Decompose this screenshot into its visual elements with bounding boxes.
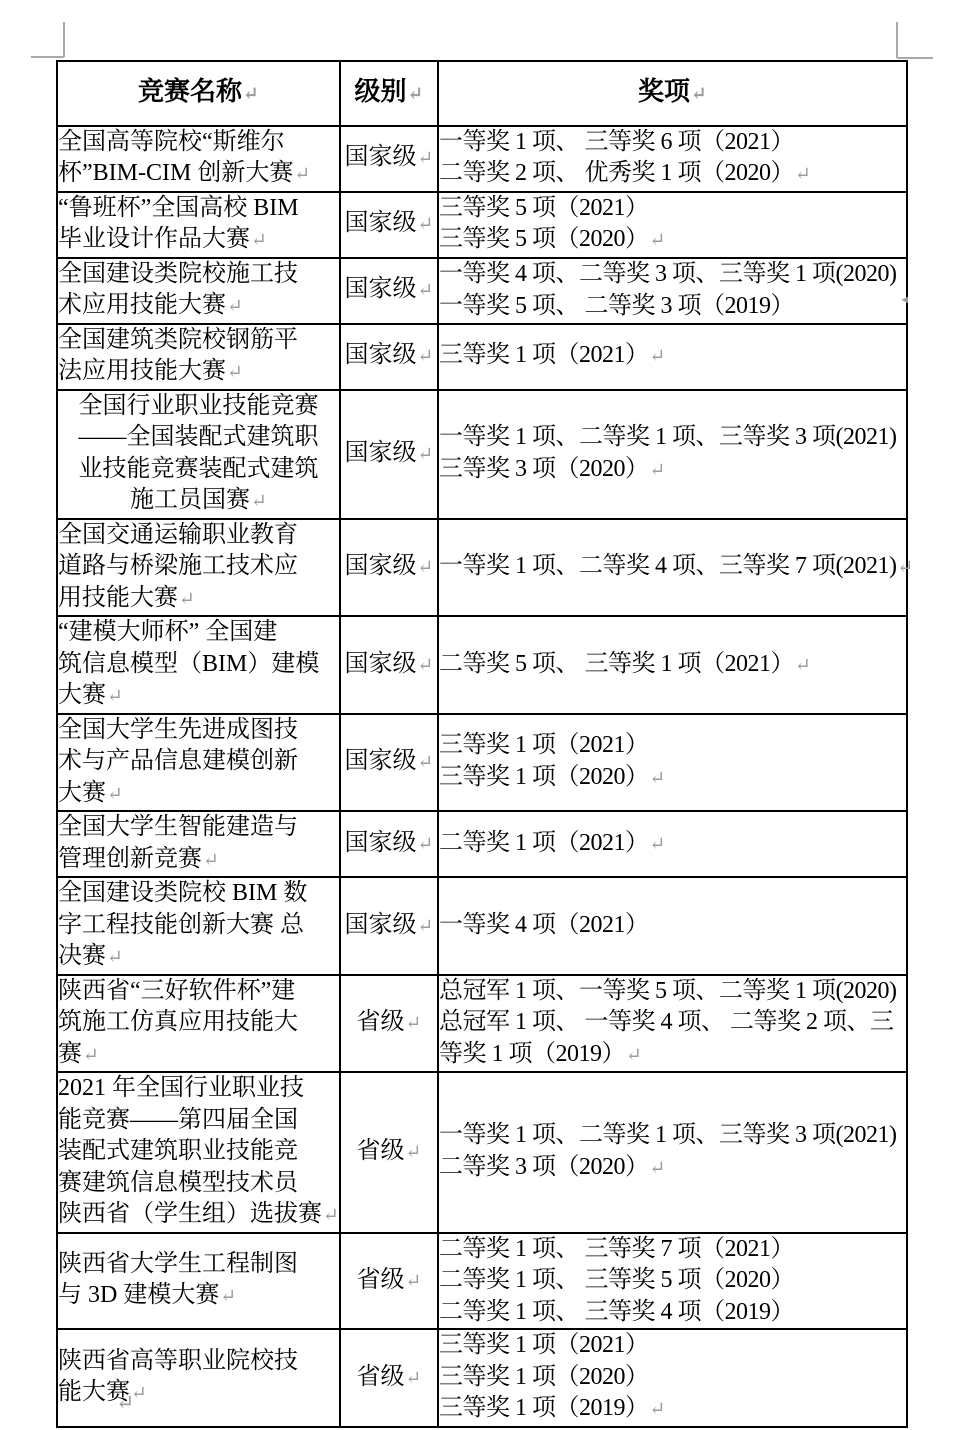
paragraph-mark: ↵ bbox=[794, 655, 811, 676]
text-line: 全国建设类院校 BIM 数 bbox=[58, 878, 339, 910]
text-line: 大赛↵ bbox=[58, 680, 339, 713]
level-cell: 国家级↵ bbox=[340, 258, 438, 324]
competition-name-cell: “建模大师杯” 全国建筑信息模型（BIM）建模大赛↵ bbox=[57, 616, 340, 714]
text-line: 一等奖 1 项、二等奖 4 项、三等奖 7 项(2021)↵ bbox=[439, 551, 906, 584]
text-line: 三等奖 5 项（2020）↵ bbox=[439, 224, 906, 257]
awards-cell: 三等奖 5 项（2021）三等奖 5 项（2020）↵ bbox=[438, 192, 907, 258]
header-cell: 奖项↵ bbox=[438, 61, 907, 126]
text-line: 全国大学生智能建造与 bbox=[58, 812, 339, 844]
table-row: 全国交通运输职业教育道路与桥梁施工技术应用技能大赛↵国家级↵一等奖 1 项、二等… bbox=[57, 519, 907, 617]
text-line: 等奖 1 项（2019）↵ bbox=[439, 1039, 906, 1072]
level-cell: 国家级↵ bbox=[340, 616, 438, 714]
text-line: 筑施工仿真应用技能大 bbox=[58, 1007, 339, 1039]
paragraph-mark: ↵ bbox=[226, 362, 243, 383]
text-line: 省级↵ bbox=[341, 1007, 437, 1040]
level-cell: 国家级↵ bbox=[340, 324, 438, 390]
text-line: 国家级↵ bbox=[341, 142, 437, 175]
text-line: 筑信息模型（BIM）建模 bbox=[58, 649, 339, 681]
text-line: 三等奖 1 项（2020） bbox=[439, 1362, 906, 1394]
header-cell: 竞赛名称↵ bbox=[57, 61, 340, 126]
paragraph-mark: ↵ bbox=[405, 1142, 422, 1163]
text-line: 大赛↵ bbox=[58, 778, 339, 811]
text-line: 一等奖 1 项、二等奖 1 项、三等奖 3 项(2021) bbox=[439, 1120, 906, 1152]
awards-cell: 一等奖 4 项（2021） bbox=[438, 877, 907, 975]
text-line: 竞赛名称↵ bbox=[58, 76, 339, 111]
awards-cell: 一等奖 1 项、二等奖 1 项、三等奖 3 项(2021)二等奖 3 项（202… bbox=[438, 1072, 907, 1233]
paragraph-mark: ↵ bbox=[417, 557, 434, 578]
text-line: 与 3D 建模大赛↵ bbox=[58, 1280, 339, 1313]
text-line: 国家级↵ bbox=[341, 438, 437, 471]
paragraph-mark: ↵ bbox=[896, 557, 913, 578]
text-line: 三等奖 1 项（2021）↵ bbox=[439, 340, 906, 373]
text-line: 国家级↵ bbox=[341, 746, 437, 779]
text-line: 二等奖 3 项（2020）↵ bbox=[439, 1152, 906, 1185]
competition-name-cell: 全国建筑类院校钢筋平法应用技能大赛↵ bbox=[57, 324, 340, 390]
awards-cell: 总冠军 1 项、一等奖 5 项、二等奖 1 项(2020)总冠军 1 项、 一等… bbox=[438, 975, 907, 1073]
text-line: 业技能竞赛装配式建筑 bbox=[58, 454, 339, 486]
paragraph-mark: ↵ bbox=[649, 1158, 666, 1179]
awards-cell: 二等奖 1 项、 三等奖 7 项（2021）二等奖 1 项、 三等奖 5 项（2… bbox=[438, 1233, 907, 1330]
text-line: 赛↵ bbox=[58, 1039, 339, 1072]
text-line: 一等奖 5 项、 二等奖 3 项（2019）◄ bbox=[439, 291, 906, 323]
paragraph-mark: ↵ bbox=[417, 752, 434, 773]
text-line: 二等奖 1 项、 三等奖 5 项（2020） bbox=[439, 1265, 906, 1297]
paragraph-mark: ↵ bbox=[250, 230, 267, 251]
text-line: 省级↵ bbox=[341, 1362, 437, 1395]
text-line: 三等奖 1 项（2021） bbox=[439, 1330, 906, 1362]
table-row: “建模大师杯” 全国建筑信息模型（BIM）建模大赛↵国家级↵二等奖 5 项、 三… bbox=[57, 616, 907, 714]
text-line: 三等奖 1 项（2020）↵ bbox=[439, 762, 906, 795]
crop-mark-top-left-horizontal bbox=[31, 56, 64, 58]
text-line: 国家级↵ bbox=[341, 910, 437, 943]
text-line: 二等奖 1 项（2021）↵ bbox=[439, 828, 906, 861]
text-line: 省级↵ bbox=[341, 1265, 437, 1298]
paragraph-mark: ↵ bbox=[202, 850, 219, 871]
text-line: 奖项↵ bbox=[439, 76, 906, 111]
level-cell: 国家级↵ bbox=[340, 877, 438, 975]
paragraph-mark: ↵ bbox=[405, 1368, 422, 1389]
awards-table: 竞赛名称↵级别↵奖项↵ 全国高等院校“斯维尔杯”BIM-CIM 创新大赛↵国家级… bbox=[56, 60, 908, 1428]
text-line: 全国大学生先进成图技 bbox=[58, 715, 339, 747]
level-cell: 国家级↵ bbox=[340, 192, 438, 258]
competition-name-cell: 2021 年全国行业职业技能竞赛——第四届全国装配式建筑职业技能竞赛建筑信息模型… bbox=[57, 1072, 340, 1233]
text-line: 二等奖 1 项、 三等奖 4 项（2019） bbox=[439, 1297, 906, 1329]
paragraph-mark: ↵ bbox=[649, 346, 666, 367]
text-line: 一等奖 4 项（2021） bbox=[439, 910, 906, 942]
text-line: 三等奖 1 项（2021） bbox=[439, 730, 906, 762]
paragraph-mark: ↵ bbox=[417, 280, 434, 301]
awards-cell: 二等奖 5 项、 三等奖 1 项（2021）↵ bbox=[438, 616, 907, 714]
paragraph-mark: ↵ bbox=[322, 1205, 339, 1226]
paragraph-mark: ↵ bbox=[794, 164, 811, 185]
paragraph-mark: ↵ bbox=[116, 1392, 134, 1414]
text-line: 一等奖 4 项、二等奖 3 项、三等奖 1 项(2020) bbox=[439, 259, 906, 291]
paragraph-mark: ↵ bbox=[407, 84, 424, 105]
level-cell: 国家级↵ bbox=[340, 811, 438, 877]
awards-cell: 一等奖 4 项、二等奖 3 项、三等奖 1 项(2020)一等奖 5 项、 二等… bbox=[438, 258, 907, 324]
text-line: 三等奖 1 项（2019）↵ bbox=[439, 1393, 906, 1426]
text-line: 施工员国赛↵ bbox=[58, 485, 339, 518]
crop-mark-top-left-vertical bbox=[63, 22, 65, 57]
text-line: 赛建筑信息模型技术员 bbox=[58, 1168, 339, 1200]
text-line: 国家级↵ bbox=[341, 551, 437, 584]
competition-name-cell: 全国大学生先进成图技术与产品信息建模创新大赛↵ bbox=[57, 714, 340, 812]
competition-name-cell: 陕西省大学生工程制图与 3D 建模大赛↵ bbox=[57, 1233, 340, 1330]
text-line: 全国建设类院校施工技 bbox=[58, 259, 339, 291]
text-line: 能竞赛——第四届全国 bbox=[58, 1105, 339, 1137]
competition-name-cell: 陕西省高等职业院校技能大赛↵ bbox=[57, 1329, 340, 1427]
text-line: 2021 年全国行业职业技 bbox=[58, 1073, 339, 1105]
level-cell: 国家级↵ bbox=[340, 390, 438, 519]
text-line: 全国交通运输职业教育 bbox=[58, 520, 339, 552]
paragraph-mark: ↵ bbox=[178, 589, 195, 610]
text-line: 用技能大赛↵ bbox=[58, 583, 339, 616]
table-row: 全国大学生智能建造与管理创新竞赛↵国家级↵二等奖 1 项（2021）↵ bbox=[57, 811, 907, 877]
table-row: “鲁班杯”全国高校 BIM毕业设计作品大赛↵国家级↵三等奖 5 项（2021）三… bbox=[57, 192, 907, 258]
paragraph-mark: ↵ bbox=[417, 148, 434, 169]
text-line: 级别↵ bbox=[341, 76, 437, 111]
text-line: 杯”BIM-CIM 创新大赛↵ bbox=[58, 158, 339, 191]
level-cell: 省级↵ bbox=[340, 975, 438, 1073]
text-line: 国家级↵ bbox=[341, 828, 437, 861]
paragraph-mark: ↵ bbox=[649, 768, 666, 789]
text-line: 决赛↵ bbox=[58, 941, 339, 974]
text-line: 术与产品信息建模创新 bbox=[58, 746, 339, 778]
paragraph-mark: ↵ bbox=[417, 834, 434, 855]
document-page: 竞赛名称↵级别↵奖项↵ 全国高等院校“斯维尔杯”BIM-CIM 创新大赛↵国家级… bbox=[0, 0, 968, 1430]
table-row: 陕西省高等职业院校技能大赛↵省级↵三等奖 1 项（2021）三等奖 1 项（20… bbox=[57, 1329, 907, 1427]
text-line: 三等奖 3 项（2020）↵ bbox=[439, 454, 906, 487]
paragraph-mark: ↵ bbox=[625, 1045, 642, 1066]
awards-cell: 三等奖 1 项（2021）三等奖 1 项（2020）三等奖 1 项（2019）↵ bbox=[438, 1329, 907, 1427]
paragraph-mark: ↵ bbox=[649, 834, 666, 855]
level-cell: 省级↵ bbox=[340, 1329, 438, 1427]
text-line: 总冠军 1 项、一等奖 5 项、二等奖 1 项(2020) bbox=[439, 976, 906, 1008]
table-row: 全国建设类院校施工技术应用技能大赛↵国家级↵一等奖 4 项、二等奖 3 项、三等… bbox=[57, 258, 907, 324]
table-row: 陕西省大学生工程制图与 3D 建模大赛↵省级↵二等奖 1 项、 三等奖 7 项（… bbox=[57, 1233, 907, 1330]
competition-name-cell: 全国大学生智能建造与管理创新竞赛↵ bbox=[57, 811, 340, 877]
competition-name-cell: “鲁班杯”全国高校 BIM毕业设计作品大赛↵ bbox=[57, 192, 340, 258]
level-cell: 省级↵ bbox=[340, 1233, 438, 1330]
competition-name-cell: 全国交通运输职业教育道路与桥梁施工技术应用技能大赛↵ bbox=[57, 519, 340, 617]
text-line: 全国行业职业技能竞赛 bbox=[58, 391, 339, 423]
competition-name-cell: 陕西省“三好软件杯”建筑施工仿真应用技能大赛↵ bbox=[57, 975, 340, 1073]
awards-cell: 一等奖 1 项、二等奖 4 项、三等奖 7 项(2021)↵ bbox=[438, 519, 907, 617]
paragraph-mark: ↵ bbox=[417, 655, 434, 676]
table-row: 2021 年全国行业职业技能竞赛——第四届全国装配式建筑职业技能竞赛建筑信息模型… bbox=[57, 1072, 907, 1233]
competition-name-cell: 全国行业职业技能竞赛——全国装配式建筑职业技能竞赛装配式建筑施工员国赛↵ bbox=[57, 390, 340, 519]
paragraph-mark: ↵ bbox=[250, 491, 267, 512]
text-line: 国家级↵ bbox=[341, 208, 437, 241]
competition-name-cell: 全国高等院校“斯维尔杯”BIM-CIM 创新大赛↵ bbox=[57, 126, 340, 192]
text-line: 省级↵ bbox=[341, 1136, 437, 1169]
text-line: 全国高等院校“斯维尔 bbox=[58, 127, 339, 159]
text-line: 二等奖 2 项、 优秀奖 1 项（2020）↵ bbox=[439, 158, 906, 191]
text-line: 陕西省高等职业院校技 bbox=[58, 1346, 339, 1378]
text-line: 能大赛↵ bbox=[58, 1377, 339, 1410]
table-row: 全国建筑类院校钢筋平法应用技能大赛↵国家级↵三等奖 1 项（2021）↵ bbox=[57, 324, 907, 390]
text-line: 三等奖 5 项（2021） bbox=[439, 193, 906, 225]
paragraph-mark: ↵ bbox=[649, 1399, 666, 1420]
text-line: 陕西省“三好软件杯”建 bbox=[58, 976, 339, 1008]
paragraph-mark: ↵ bbox=[106, 947, 123, 968]
table-row: 全国建设类院校 BIM 数字工程技能创新大赛 总决赛↵国家级↵一等奖 4 项（2… bbox=[57, 877, 907, 975]
table-row: 全国行业职业技能竞赛——全国装配式建筑职业技能竞赛装配式建筑施工员国赛↵国家级↵… bbox=[57, 390, 907, 519]
text-line: 管理创新竞赛↵ bbox=[58, 844, 339, 877]
text-line: “建模大师杯” 全国建 bbox=[58, 617, 339, 649]
table-row: 陕西省“三好软件杯”建筑施工仿真应用技能大赛↵省级↵总冠军 1 项、一等奖 5 … bbox=[57, 975, 907, 1073]
text-line: 陕西省（学生组）选拔赛↵ bbox=[58, 1199, 339, 1232]
competition-name-cell: 全国建设类院校施工技术应用技能大赛↵ bbox=[57, 258, 340, 324]
paragraph-mark: ↵ bbox=[82, 1045, 99, 1066]
paragraph-mark: ↵ bbox=[417, 214, 434, 235]
paragraph-mark: ↵ bbox=[293, 164, 310, 185]
text-line: 法应用技能大赛↵ bbox=[58, 356, 339, 389]
level-cell: 省级↵ bbox=[340, 1072, 438, 1233]
paragraph-mark: ↵ bbox=[405, 1271, 422, 1292]
text-line: 总冠军 1 项、 一等奖 4 项、 二等奖 2 项、三 bbox=[439, 1007, 906, 1039]
table-row: 全国高等院校“斯维尔杯”BIM-CIM 创新大赛↵国家级↵一等奖 1 项、 三等… bbox=[57, 126, 907, 192]
level-cell: 国家级↵ bbox=[340, 519, 438, 617]
text-line: 国家级↵ bbox=[341, 340, 437, 373]
paragraph-mark: ↵ bbox=[106, 784, 123, 805]
crop-mark-top-right-horizontal bbox=[897, 57, 933, 59]
text-line: 二等奖 5 项、 三等奖 1 项（2021）↵ bbox=[439, 649, 906, 682]
level-cell: 国家级↵ bbox=[340, 714, 438, 812]
awards-cell: 三等奖 1 项（2021）↵ bbox=[438, 324, 907, 390]
awards-table-header: 竞赛名称↵级别↵奖项↵ bbox=[57, 61, 907, 126]
text-line: “鲁班杯”全国高校 BIM bbox=[58, 193, 339, 225]
text-line: 陕西省大学生工程制图 bbox=[58, 1249, 339, 1281]
text-line: 一等奖 1 项、二等奖 1 项、三等奖 3 项(2021) bbox=[439, 422, 906, 454]
awards-cell: 二等奖 1 项（2021）↵ bbox=[438, 811, 907, 877]
paragraph-mark: ↵ bbox=[649, 460, 666, 481]
text-line: 二等奖 1 项、 三等奖 7 项（2021） bbox=[439, 1234, 906, 1266]
paragraph-mark: ↵ bbox=[242, 84, 259, 105]
paragraph-mark: ◄ bbox=[899, 285, 910, 317]
crop-mark-top-right-vertical bbox=[896, 22, 898, 58]
paragraph-mark: ↵ bbox=[219, 1286, 236, 1307]
paragraph-mark: ↵ bbox=[417, 346, 434, 367]
competition-name-cell: 全国建设类院校 BIM 数字工程技能创新大赛 总决赛↵ bbox=[57, 877, 340, 975]
awards-cell: 一等奖 1 项、 三等奖 6 项（2021）二等奖 2 项、 优秀奖 1 项（2… bbox=[438, 126, 907, 192]
text-line: 道路与桥梁施工技术应 bbox=[58, 551, 339, 583]
text-line: 全国建筑类院校钢筋平 bbox=[58, 325, 339, 357]
level-cell: 国家级↵ bbox=[340, 126, 438, 192]
paragraph-mark: ↵ bbox=[417, 916, 434, 937]
text-line: 毕业设计作品大赛↵ bbox=[58, 224, 339, 257]
paragraph-mark: ↵ bbox=[405, 1013, 422, 1034]
table-row: 全国大学生先进成图技术与产品信息建模创新大赛↵国家级↵三等奖 1 项（2021）… bbox=[57, 714, 907, 812]
paragraph-mark: ↵ bbox=[649, 230, 666, 251]
text-line: 国家级↵ bbox=[341, 649, 437, 682]
text-line: ——全国装配式建筑职 bbox=[58, 422, 339, 454]
text-line: 装配式建筑职业技能竞 bbox=[58, 1136, 339, 1168]
awards-cell: 一等奖 1 项、二等奖 1 项、三等奖 3 项(2021)三等奖 3 项（202… bbox=[438, 390, 907, 519]
paragraph-mark: ↵ bbox=[226, 296, 243, 317]
text-line: 术应用技能大赛↵ bbox=[58, 290, 339, 323]
awards-cell: 三等奖 1 项（2021）三等奖 1 项（2020）↵ bbox=[438, 714, 907, 812]
text-line: 字工程技能创新大赛 总 bbox=[58, 910, 339, 942]
paragraph-mark: ↵ bbox=[417, 444, 434, 465]
paragraph-mark: ↵ bbox=[106, 686, 123, 707]
text-line: 国家级↵ bbox=[341, 274, 437, 307]
text-line: 一等奖 1 项、 三等奖 6 项（2021） bbox=[439, 127, 906, 159]
paragraph-mark: ↵ bbox=[690, 84, 707, 105]
header-cell: 级别↵ bbox=[340, 61, 438, 126]
